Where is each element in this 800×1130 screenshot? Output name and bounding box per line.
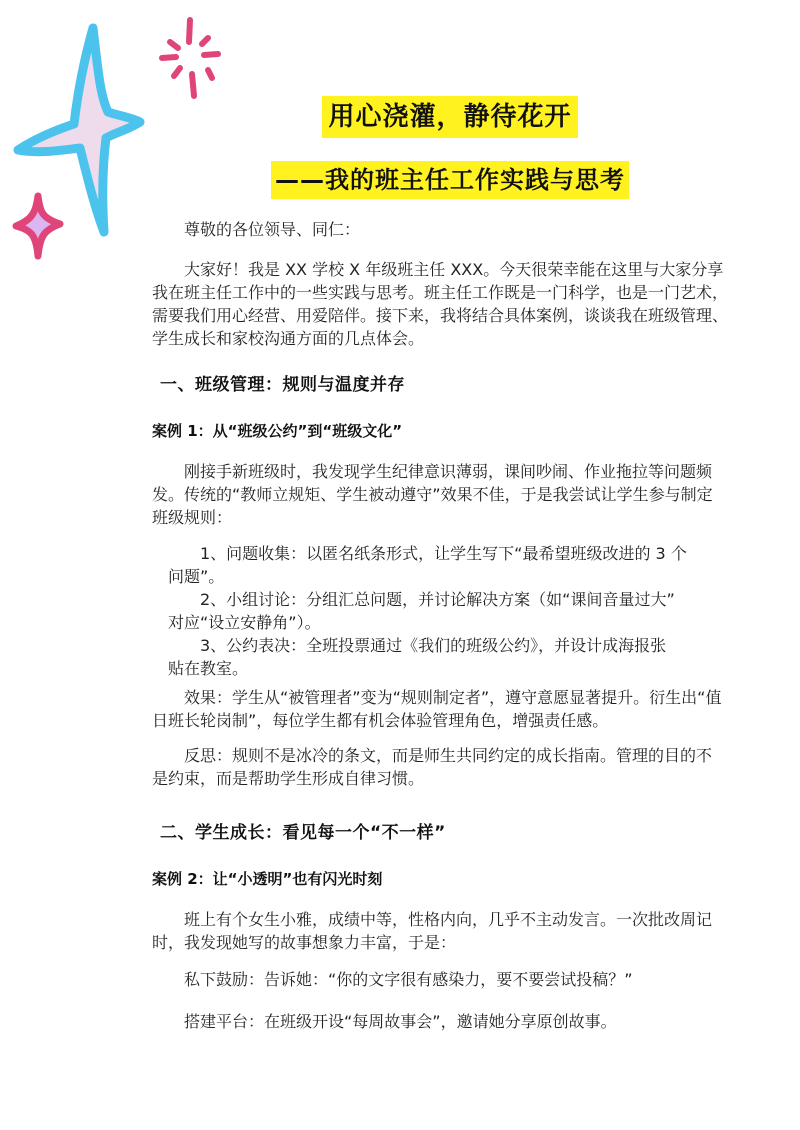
step-2: 2、小组讨论：分组汇总问题，并讨论解决方案（如“课间音量过大”: [152, 588, 692, 611]
case1-title: 案例 1：从“班级公约”到“班级文化”: [152, 420, 402, 441]
step-1-cont: 问题”。: [152, 565, 692, 588]
main-title-text: 用心浇灌，静待花开: [322, 96, 577, 138]
section2-heading: 二、学生成长：看见每一个“不一样”: [160, 818, 446, 843]
case2-line: 时，我发现她写的故事想象力丰富，于是：: [152, 931, 692, 954]
intro-line: 我在班主任工作中的一些实践与思考。班主任工作既是一门科学，也是一门艺术，: [152, 281, 692, 304]
case2-encourage: 私下鼓励：告诉她：“你的文字很有感染力，要不要尝试投稿？”: [152, 968, 692, 991]
reflection-line: 是约束，而是帮助学生形成自律习惯。: [152, 767, 692, 790]
step-1: 1、问题收集：以匿名纸条形式，让学生写下“最希望班级改进的 3 个: [152, 542, 692, 565]
intro-line: 大家好！我是 XX 学校 X 年级班主任 XXX。今天很荣幸能在这里与大家分享: [152, 258, 692, 281]
effect-line: 日班长轮岗制”，每位学生都有机会体验管理角色，增强责任感。: [152, 709, 692, 732]
section1-heading: 一、班级管理：规则与温度并存: [160, 370, 405, 395]
greeting: 尊敬的各位领导、同仁：: [152, 218, 692, 241]
case1-reflection: 反思：规则不是冰冷的条文，而是师生共同约定的成长指南。管理的目的不 是约束，而是…: [152, 744, 692, 790]
case2-paragraph: 班上有个女生小雅，成绩中等，性格内向，几乎不主动发言。一次批改周记 时，我发现她…: [152, 908, 692, 954]
case1-steps: 1、问题收集：以匿名纸条形式，让学生写下“最希望班级改进的 3 个 问题”。 2…: [152, 542, 692, 680]
intro-line: 学生成长和家校沟通方面的几点体会。: [152, 327, 692, 350]
step-3: 3、公约表决：全班投票通过《我们的班级公约》，并设计成海报张: [152, 634, 692, 657]
reflection-line: 反思：规则不是冰冷的条文，而是师生共同约定的成长指南。管理的目的不: [152, 744, 692, 767]
subtitle: ——我的班主任工作实践与思考: [100, 161, 800, 199]
sparkle-decoration: [156, 14, 226, 104]
case1-line: 班级规则：: [152, 506, 692, 529]
case2-title: 案例 2：让“小透明”也有闪光时刻: [152, 868, 382, 889]
small-star-decoration: [10, 192, 66, 262]
subtitle-text: ——我的班主任工作实践与思考: [271, 161, 629, 199]
case2-line: 班上有个女生小雅，成绩中等，性格内向，几乎不主动发言。一次批改周记: [152, 908, 692, 931]
main-title: 用心浇灌，静待花开: [100, 96, 800, 138]
intro-line: 需要我们用心经营、用爱陪伴。接下来，我将结合具体案例，谈谈我在班级管理、: [152, 304, 692, 327]
case1-line: 发。传统的“教师立规矩、学生被动遵守”效果不佳，于是我尝试让学生参与制定: [152, 483, 692, 506]
case1-line: 刚接手新班级时，我发现学生纪律意识薄弱，课间吵闹、作业拖拉等问题频: [152, 460, 692, 483]
case1-effect: 效果：学生从“被管理者”变为“规则制定者”，遵守意愿显著提升。衍生出“值 日班长…: [152, 686, 692, 732]
step-3-cont: 贴在教室。: [152, 657, 692, 680]
case1-paragraph: 刚接手新班级时，我发现学生纪律意识薄弱，课间吵闹、作业拖拉等问题频 发。传统的“…: [152, 460, 692, 529]
step-2-cont: 对应“设立安静角”）。: [152, 611, 692, 634]
platform-text: 搭建平台：在班级开设“每周故事会”，邀请她分享原创故事。: [152, 1010, 692, 1033]
case2-platform: 搭建平台：在班级开设“每周故事会”，邀请她分享原创故事。: [152, 1010, 692, 1033]
encourage-text: 私下鼓励：告诉她：“你的文字很有感染力，要不要尝试投稿？”: [152, 968, 692, 991]
effect-line: 效果：学生从“被管理者”变为“规则制定者”，遵守意愿显著提升。衍生出“值: [152, 686, 692, 709]
greeting-text: 尊敬的各位领导、同仁：: [152, 218, 692, 241]
intro-paragraph: 大家好！我是 XX 学校 X 年级班主任 XXX。今天很荣幸能在这里与大家分享 …: [152, 258, 692, 350]
